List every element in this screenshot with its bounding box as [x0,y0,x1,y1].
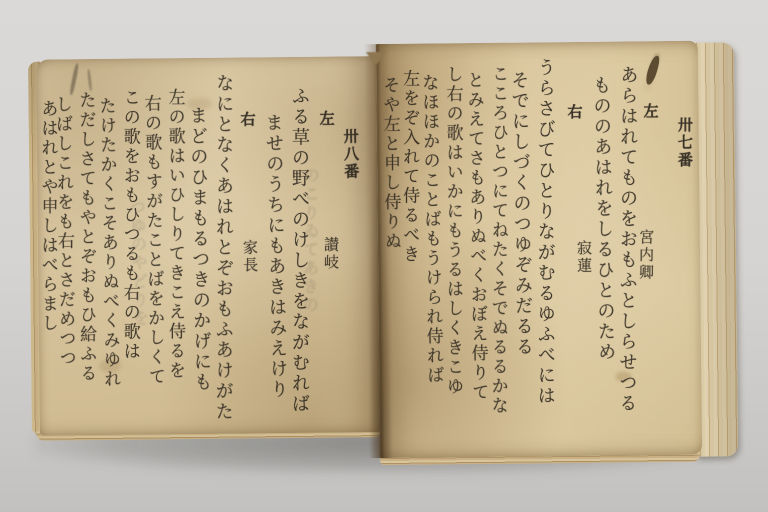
show-through-text: のこりゐてあきの [301,167,318,315]
poem-line: まどのひまもるつきのかげにも [187,106,210,393]
judgment-line: とみえてさもありぬべくおぼえ侍りて [464,71,486,403]
poem-line: あらはれてものをおもふとしらせつる [617,65,636,414]
judgment-line: し右の歌はいかにもうるはしくきこゆ [443,65,461,397]
round-number-label: 卅七番 [677,117,692,170]
right-page: 卅七番左宮内卿あらはれてものをおもふとしらせつるもののあはれをしるひとのため右寂… [376,41,702,458]
judgment-line: なほほかのことばもうけられ侍れば [419,73,441,385]
side-label-right: 右 [566,104,581,122]
judgment-line: ただしさてもやとぞおもひ給ふる [76,91,94,384]
poem-line: ませのうちにもあきはみえけり [263,113,287,400]
judgment-line: そや左と申し侍りぬ [380,76,399,252]
judgment-line: 左の歌はいひしりてきこえ侍るを [166,88,184,381]
side-label-left: 左 [642,103,657,121]
poet-name: 宮内卿 [638,229,653,282]
poem-line: そでにしづくのつゆぞみだるる [509,70,532,357]
judgment-line: こころひとつにてねたくそでぬるるかな [489,65,507,416]
poet-name: 寂蓮 [576,240,591,275]
ink-smudge [87,69,93,91]
poem-line: なにとなくあはれとぞおもふあけがた [214,74,233,423]
round-number-label: 卅八番 [342,128,358,181]
judgment-line: 左をぞ入れて侍るべき [400,70,417,265]
judgment-line: あはれとや申しはべらまし [38,100,55,334]
poet-name: 家長 [242,239,257,274]
open-manuscript-book: 卅八番左讃岐ふる草の野べのけしきをながむればませのうちにもあきはみえけり右家長な… [28,36,740,467]
poet-name: 讃岐 [323,237,338,272]
judgment-line: たけたかくこそありぬべくみゆれ [96,97,118,390]
side-label-right: 右 [240,111,255,129]
gutter-notch-top [366,52,386,65]
poem-line: もののあはれをしるひとのため [591,76,615,363]
studio-background: 卅八番左讃岐ふる草の野べのけしきをながむればませのうちにもあきはみえけり右家長な… [0,0,768,512]
left-page: 卅八番左讃岐ふる草の野べのけしきをながむればませのうちにもあきはみえけり右家長な… [36,56,380,436]
show-through-text: つゆのやどりを [128,198,148,328]
ink-blot [644,55,661,86]
poem-line: うらさびてひとりながむるゆふべには [536,58,554,407]
side-label-left: 左 [319,111,334,129]
